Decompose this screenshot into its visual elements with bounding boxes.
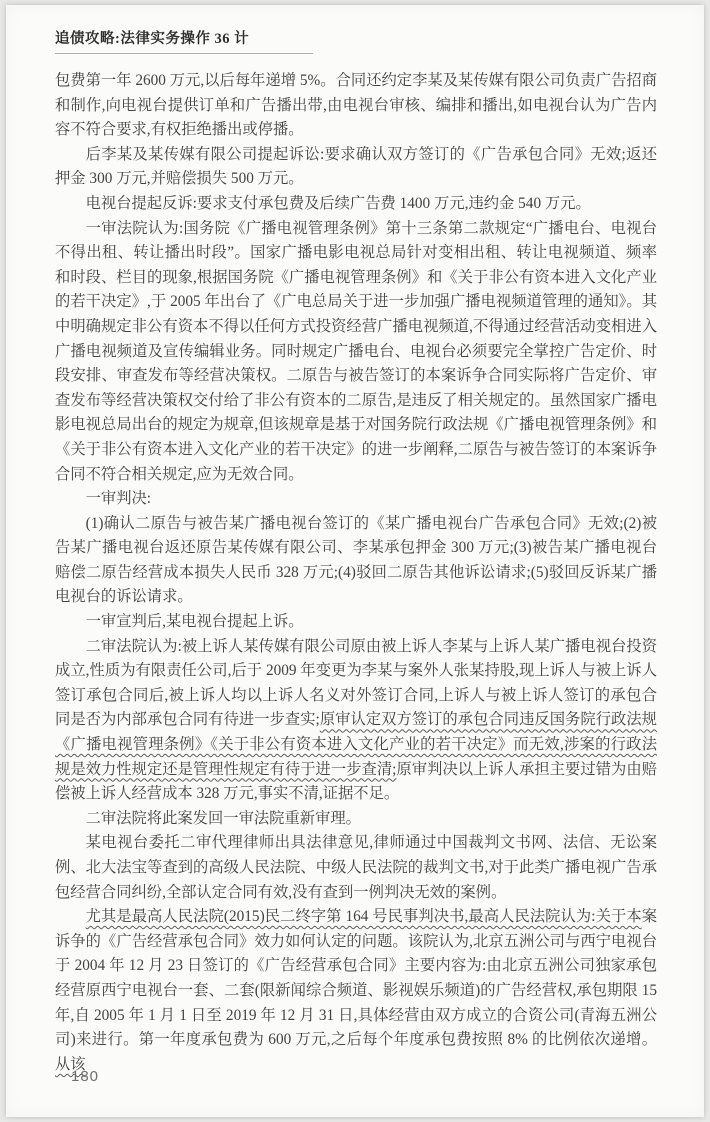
paragraph: 二审法院将此案发回一审法院重新审理。 <box>55 807 657 832</box>
paragraph: 某电视台委托二审代理律师出具法律意见,律师通过中国裁判文书网、法信、无讼案例、北… <box>55 831 657 905</box>
paragraph: 后李某及某传媒有限公司提起诉讼:要求确认双方签订的《广告承包合同》无效;返还押金… <box>55 143 657 192</box>
paragraph: 一审宣判后,某电视台提起上诉。 <box>55 610 657 635</box>
paragraph: 一审法院认为:国务院《广播电视管理条例》第十三条第二款规定“广播电台、电视台不得… <box>55 217 657 488</box>
body-text-segment: 案诉争的《广告经营承包合同》效力如何认定的问题。该院认为,北京五洲公司与西宁电视… <box>55 908 657 1048</box>
paragraph: 包费第一年 2600 万元,以后每年递增 5%。合同还约定李某及某传媒有限公司负… <box>55 69 657 143</box>
body-text-segment: 一审法院认为:国务院《广播电视管理条例》第十三条第二款规定“广播电台、电视台不得… <box>55 220 657 483</box>
page-header: 追债攻略:法律实务操作 36 计 <box>55 27 704 54</box>
running-head-title: 追债攻略:法律实务操作 36 计 <box>55 27 704 48</box>
body-text-segment: (1)确认二原告与被告某广播电视台签订的《某广播电视台广告承包合同》无效;(2)… <box>55 515 657 606</box>
body-text-segment: 后李某及某传媒有限公司提起诉讼:要求确认双方签订的《广告承包合同》无效;返还押金… <box>55 146 657 188</box>
body-text-segment: 电视台提起反诉:要求支付承包费及后续广告费 1400 万元,违约金 540 万元… <box>86 195 591 212</box>
body-text-segment: 二审法院将此案发回一审法院重新审理。 <box>86 810 361 827</box>
page-number: 180 <box>71 1068 99 1085</box>
body-text-segment: 某电视台委托二审代理律师出具法律意见,律师通过中国裁判文书网、法信、无讼案例、北… <box>55 834 657 900</box>
body-text-segment: 一审判决: <box>86 490 151 507</box>
body-text-segment: 包费第一年 2600 万元,以后每年递增 5%。合同还约定李某及某传媒有限公司负… <box>55 72 657 138</box>
book-page: 追债攻略:法律实务操作 36 计 包费第一年 2600 万元,以后每年递增 5%… <box>6 5 704 1117</box>
header-rule <box>55 53 313 54</box>
page-body-text: 包费第一年 2600 万元,以后每年递增 5%。合同还约定李某及某传媒有限公司负… <box>55 69 657 1077</box>
emphasized-text: 尤其是最高人民法院(2015)民二终字第 164 号民事判决书,最高人民法院认为… <box>86 908 642 925</box>
paragraph: 二审法院认为:被上诉人某传媒有限公司原由被上诉人李某与上诉人某广播电视台投资成立… <box>55 635 657 807</box>
body-text-segment: 一审宣判后,某电视台提起上诉。 <box>86 613 304 630</box>
paragraph: 尤其是最高人民法院(2015)民二终字第 164 号民事判决书,最高人民法院认为… <box>55 905 657 1077</box>
paragraph: 一审判决: <box>55 487 657 512</box>
paragraph: (1)确认二原告与被告某广播电视台签订的《某广播电视台广告承包合同》无效;(2)… <box>55 512 657 610</box>
paragraph: 电视台提起反诉:要求支付承包费及后续广告费 1400 万元,违约金 540 万元… <box>55 192 657 217</box>
